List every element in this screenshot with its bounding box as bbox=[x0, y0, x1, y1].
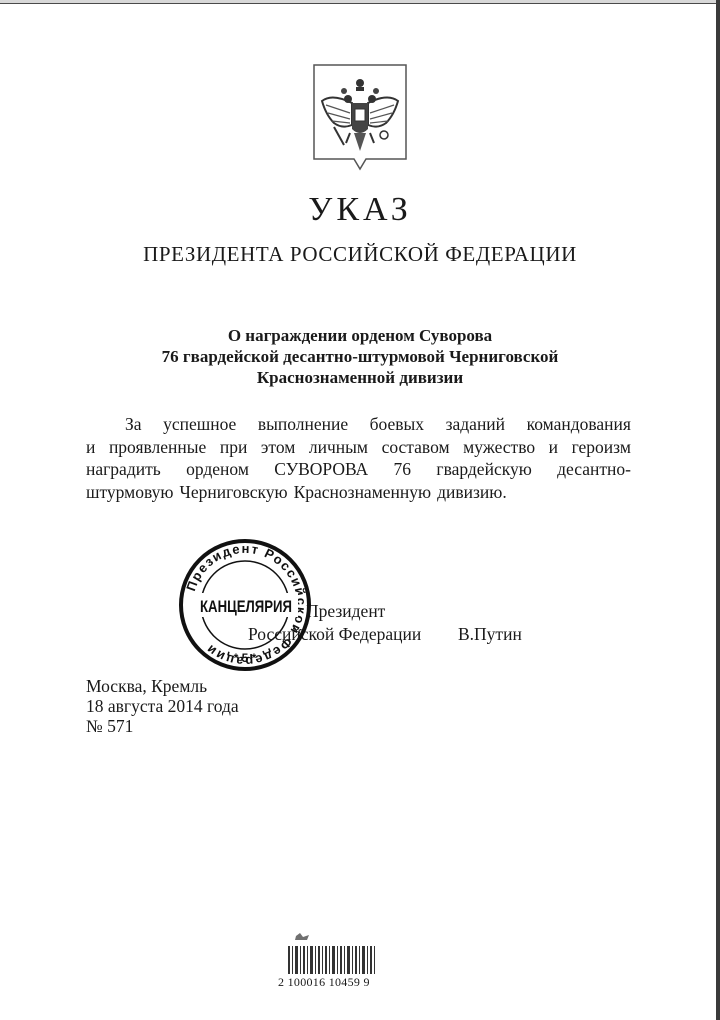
barcode-number: 2 100016 10459 9 bbox=[278, 975, 370, 990]
document-subtitle: ПРЕЗИДЕНТА РОССИЙСКОЙ ФЕДЕРАЦИИ bbox=[0, 241, 720, 267]
signatory-name: В.Путин bbox=[458, 623, 522, 645]
signatory-title-line1: Президент bbox=[306, 600, 385, 622]
heading-line: Краснознаменной дивизии bbox=[140, 367, 580, 388]
body-line: наградить орденом СУВОРОВА 76 гвардейску… bbox=[86, 458, 631, 481]
stamp-bottom-text: * 5 * bbox=[234, 651, 257, 665]
decree-body: За успешное выполнение боевых заданий ко… bbox=[86, 413, 631, 503]
decree-number: № 571 bbox=[86, 716, 239, 736]
document-title: УКАЗ bbox=[0, 190, 720, 230]
signing-date: 18 августа 2014 года bbox=[86, 696, 239, 716]
coat-of-arms-icon bbox=[312, 63, 408, 173]
decree-heading: О награждении орденом Суворова 76 гварде… bbox=[140, 325, 580, 388]
stamp-center-text: КАНЦЕЛЯРИЯ bbox=[200, 597, 292, 616]
decree-footer: Москва, Кремль 18 августа 2014 года № 57… bbox=[86, 676, 239, 736]
body-line: штурмовую Черниговскую Краснознаменную д… bbox=[86, 481, 631, 504]
window-right-border bbox=[716, 0, 720, 1020]
window-top-border bbox=[0, 0, 720, 4]
body-line: За успешное выполнение боевых заданий ко… bbox=[86, 413, 631, 436]
official-stamp: Президент Российской Федерации * 5 * КАН… bbox=[178, 538, 312, 672]
heading-line: О награждении орденом Суворова bbox=[140, 325, 580, 346]
heading-line: 76 гвардейской десантно-штурмовой Черниг… bbox=[140, 346, 580, 367]
place-of-signing: Москва, Кремль bbox=[86, 676, 239, 696]
body-line: и проявленные при этом личным составом м… bbox=[86, 436, 631, 459]
